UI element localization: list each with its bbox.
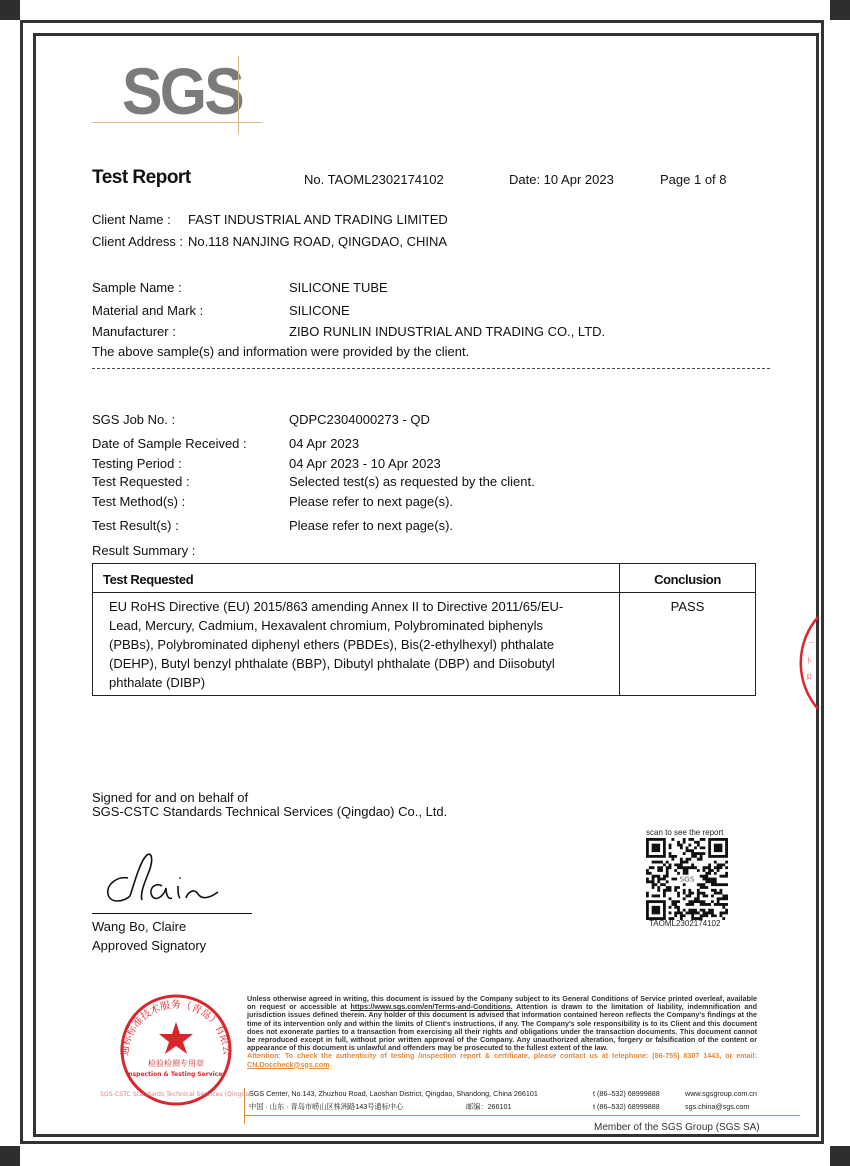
- stamp-top-text: 通标标准技术服务（青岛）有限公司: [100, 990, 232, 1056]
- table-header-row: Test Requested Conclusion: [93, 564, 756, 593]
- footer-phone-2: t (86–532) 68999888: [593, 1102, 660, 1111]
- job-no-value: QDPC2304000273 - QD: [289, 412, 430, 427]
- sample-name-value: SILICONE TUBE: [289, 280, 388, 295]
- material-label: Material and Mark :: [92, 303, 203, 318]
- footer-email[interactable]: sgs.china@sgs.com: [685, 1102, 749, 1111]
- test-requested-cell: EU RoHS Directive (EU) 2015/863 amending…: [93, 593, 620, 696]
- report-number: No. TAOML2302174102: [304, 172, 444, 187]
- period-value: 04 Apr 2023 - 10 Apr 2023: [289, 456, 441, 471]
- period-label: Testing Period :: [92, 456, 182, 471]
- material-value: SILICONE: [289, 303, 350, 318]
- footer-address-en: SGS Center, No.143, Zhuzhou Road, Laosha…: [249, 1089, 538, 1098]
- page-title: Test Report: [92, 167, 191, 189]
- test-line: Lead, Mercury, Cadmium, Hexavalent chrom…: [109, 616, 609, 635]
- svg-text:卜: 卜: [806, 657, 812, 665]
- official-seal-stamp: 通标标准技术服务（青岛）有限公司 检验检测专用章 Inspection & Te…: [100, 990, 250, 1112]
- sample-note: The above sample(s) and information were…: [92, 344, 469, 359]
- requested-value: Selected test(s) as requested by the cli…: [289, 474, 535, 489]
- footer-phone-1: t (86–532) 68999888: [593, 1089, 660, 1098]
- signature-line: [92, 913, 252, 914]
- test-line: EU RoHS Directive (EU) 2015/863 amending…: [109, 597, 609, 616]
- received-value: 04 Apr 2023: [289, 436, 359, 451]
- test-line: (DEHP), Butyl benzyl phthalate (BBP), Di…: [109, 654, 609, 673]
- client-address-value: No.118 NANJING ROAD, QINGDAO, CHINA: [188, 234, 447, 249]
- legal-disclaimer: Unless otherwise agreed in writing, this…: [247, 995, 757, 1069]
- corner-mark-bottom-left: [0, 1146, 20, 1166]
- logo-rule-vertical: [238, 56, 239, 134]
- result-value: Please refer to next page(s).: [289, 518, 453, 533]
- page-indicator: Page 1 of 8: [660, 172, 727, 187]
- qr-center-logo: SGS: [679, 874, 694, 883]
- logo-rule-horizontal: [92, 122, 262, 123]
- signer-name: Wang Bo, Claire: [92, 919, 186, 934]
- corner-mark-top-right: [830, 0, 850, 20]
- report-date: Date: 10 Apr 2023: [509, 172, 614, 187]
- manufacturer-label: Manufacturer :: [92, 324, 176, 339]
- signer-title: Approved Signatory: [92, 938, 206, 953]
- logo-text: SGS: [122, 52, 242, 130]
- client-address-label: Client Address :: [92, 234, 183, 249]
- footer-rule-vertical: [244, 1088, 245, 1124]
- svg-text:贫: 贫: [806, 673, 812, 681]
- handwritten-signature: [100, 848, 230, 908]
- signed-on-behalf-line2: SGS-CSTC Standards Technical Services (Q…: [92, 804, 447, 819]
- doccheck-email-link[interactable]: CN.Doccheck@sgs.com: [247, 1060, 330, 1069]
- qr-caption-bottom: TAOML2302174102: [649, 919, 720, 928]
- svg-text:通标标准技术服务（青岛）有限公司: 通标标准技术服务（青岛）有限公司: [100, 990, 232, 1056]
- qr-code[interactable]: SGS: [646, 838, 728, 920]
- sgs-member-line: Member of the SGS Group (SGS SA): [594, 1122, 760, 1133]
- footer-website[interactable]: www.sgsgroup.com.cn: [685, 1089, 757, 1098]
- column-header-test: Test Requested: [93, 564, 620, 593]
- svg-text:一: 一: [808, 640, 814, 647]
- job-no-label: SGS Job No. :: [92, 412, 175, 427]
- stamp-bottom-text: SGS-CSTC Standards Technical Services (Q…: [100, 1091, 250, 1098]
- disclaimer-text-cont: Attention is drawn to the limitation of …: [247, 1002, 757, 1052]
- requested-label: Test Requested :: [92, 474, 190, 489]
- corner-mark-top-left: [0, 0, 20, 20]
- conclusion-cell: PASS: [620, 593, 756, 696]
- column-header-conclusion: Conclusion: [620, 564, 756, 593]
- table-row: EU RoHS Directive (EU) 2015/863 amending…: [93, 593, 756, 696]
- client-name-label: Client Name :: [92, 212, 171, 227]
- qr-caption-top: scan to see the report: [646, 828, 723, 837]
- test-line: (PBBs), Polybrominated diphenyl ethers (…: [109, 635, 609, 654]
- partial-stamp-edge: 一 卜 贫: [796, 615, 820, 711]
- summary-label: Result Summary :: [92, 543, 195, 558]
- footer-postcode-cn: 邮编：266101: [466, 1102, 512, 1112]
- method-label: Test Method(s) :: [92, 494, 185, 509]
- test-line: phthalate (DIBP): [109, 673, 609, 692]
- stamp-center-en: Inspection & Testing Services: [126, 1071, 226, 1078]
- result-label: Test Result(s) :: [92, 518, 179, 533]
- stamp-center-cn: 检验检测专用章: [148, 1058, 204, 1068]
- result-summary-table: Test Requested Conclusion EU RoHS Direct…: [92, 563, 756, 696]
- sgs-logo: SGS: [92, 52, 262, 134]
- footer-address-cn: 中国 · 山东 · 青岛市崂山区株洲路143号通标中心: [249, 1102, 403, 1112]
- section-divider: [92, 368, 770, 369]
- sample-name-label: Sample Name :: [92, 280, 182, 295]
- client-name-value: FAST INDUSTRIAL AND TRADING LIMITED: [188, 212, 448, 227]
- signed-on-behalf-line1: Signed for and on behalf of: [92, 790, 248, 805]
- footer-rule-horizontal: [244, 1115, 800, 1116]
- corner-mark-bottom-right: [830, 1146, 850, 1166]
- manufacturer-value: ZIBO RUNLIN INDUSTRIAL AND TRADING CO., …: [289, 324, 605, 339]
- method-value: Please refer to next page(s).: [289, 494, 453, 509]
- received-label: Date of Sample Received :: [92, 436, 247, 451]
